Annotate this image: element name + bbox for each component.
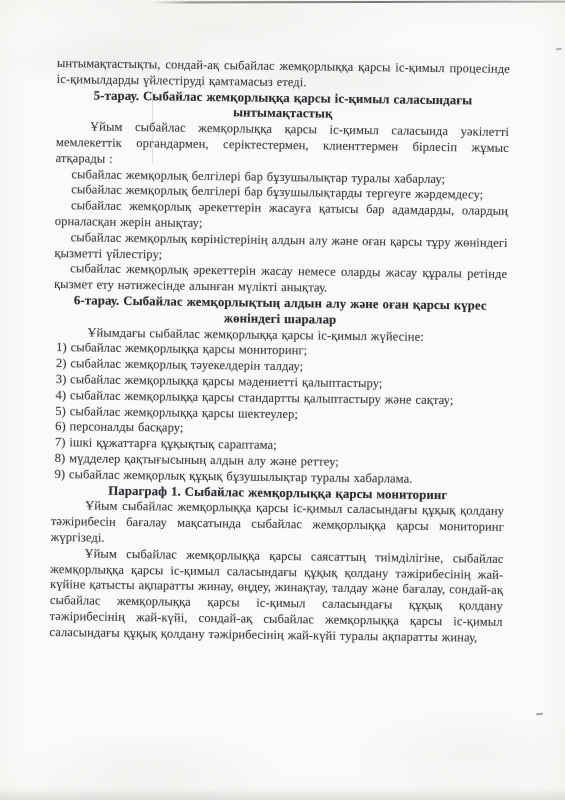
pen-mark-bottom-right — [536, 713, 543, 716]
paragraph: Ұйым сыбайлас жемқорлыққа қарсы саясатты… — [49, 546, 503, 647]
scan-edge-line — [150, 1, 565, 4]
pen-mark-top-right — [556, 48, 562, 51]
paragraph: Ұйым сыбайлас жемқорлыққа қарсы іс-қимыл… — [51, 498, 505, 551]
document-text-block: ынтымақтастықты, сондай-ақ сыбайлас жемқ… — [49, 56, 510, 646]
paragraph: Ұйым сыбайлас жемқорлыққа қарсы іс-қимыл… — [56, 119, 510, 172]
scanned-document-page: ынтымақтастықты, сондай-ақ сыбайлас жемқ… — [0, 0, 565, 800]
